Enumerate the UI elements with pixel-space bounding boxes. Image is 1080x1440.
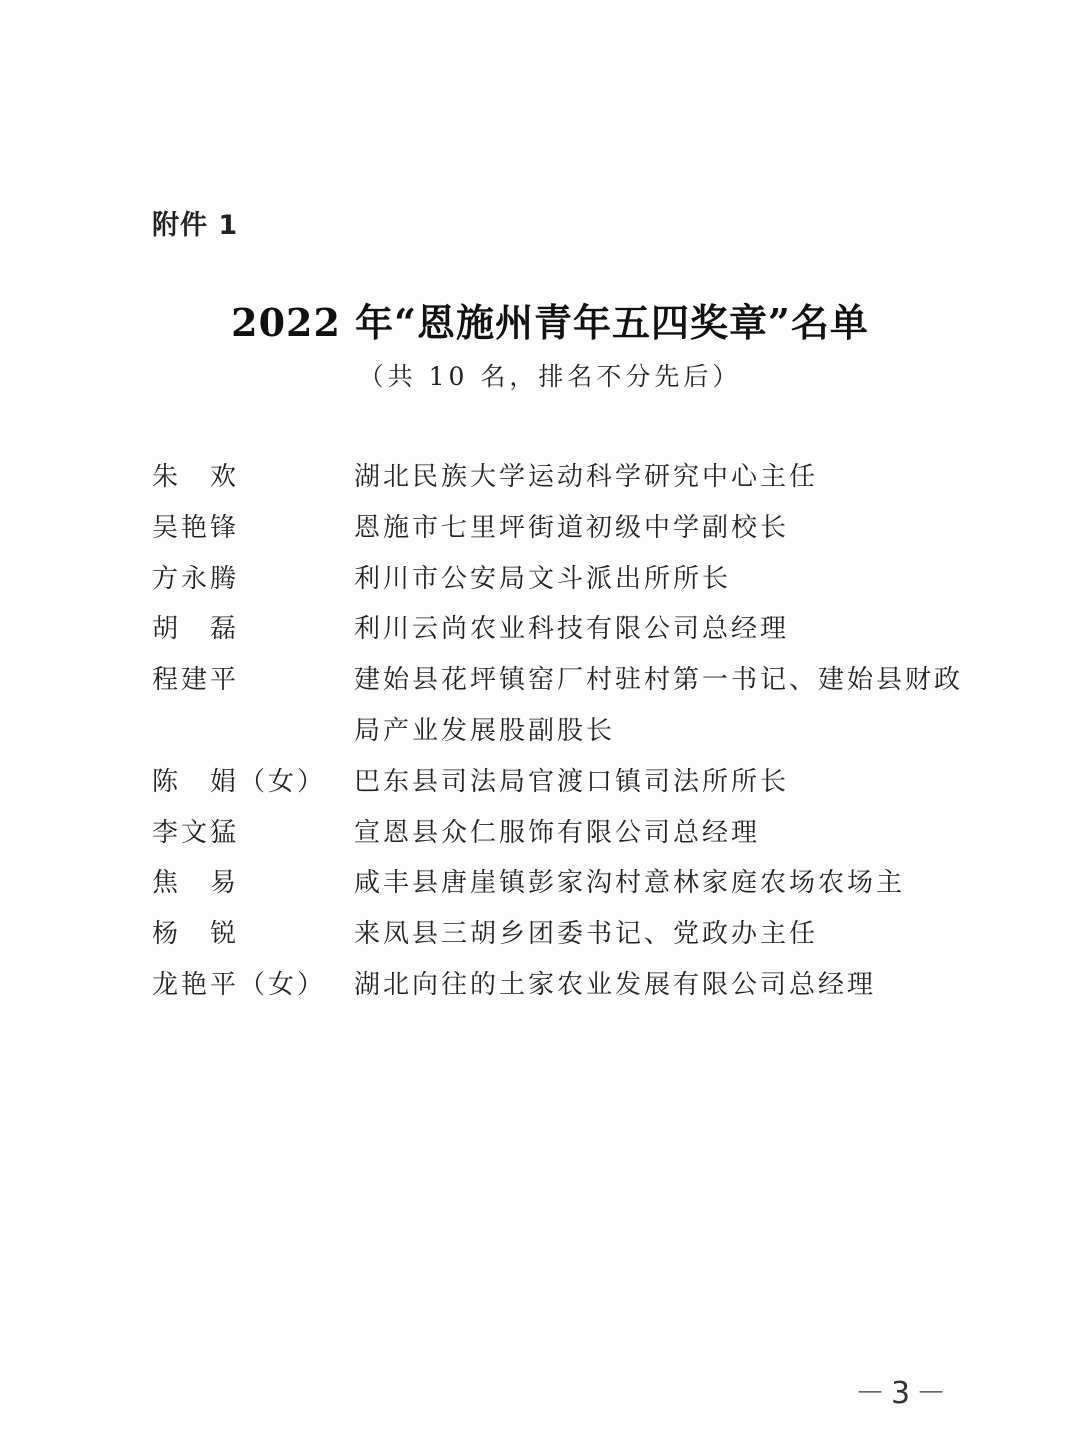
- document-title: 2022 年“恩施州青年五四奖章”名单: [0, 292, 1080, 347]
- awardee-description: 建始县花坪镇窑厂村驻村第一书记、建始县财政局产业发展股副股长: [354, 655, 972, 757]
- list-item: 焦 易咸丰县唐崖镇彭家沟村意林家庭农场农场主: [152, 858, 972, 909]
- awardee-description: 宣恩县众仁服饰有限公司总经理: [354, 808, 972, 859]
- awardee-name: 龙艳平（女）: [152, 960, 354, 1011]
- list-item: 胡 磊利川云尚农业科技有限公司总经理: [152, 604, 972, 655]
- awardee-name: 胡 磊: [152, 604, 354, 655]
- list-item: 吴艳锋恩施市七里坪街道初级中学副校长: [152, 503, 972, 554]
- list-item: 龙艳平（女）湖北向往的土家农业发展有限公司总经理: [152, 960, 972, 1011]
- awardee-description: 湖北向往的土家农业发展有限公司总经理: [354, 960, 972, 1011]
- awardee-description: 湖北民族大学运动科学研究中心主任: [354, 452, 972, 503]
- list-item: 朱 欢湖北民族大学运动科学研究中心主任: [152, 452, 972, 503]
- awardee-name: 朱 欢: [152, 452, 354, 503]
- list-item: 方永腾利川市公安局文斗派出所所长: [152, 554, 972, 605]
- list-item: 程建平建始县花坪镇窑厂村驻村第一书记、建始县财政局产业发展股副股长: [152, 655, 972, 757]
- page-number: －3－: [855, 1368, 952, 1412]
- awardee-name: 吴艳锋: [152, 503, 354, 554]
- awardee-name: 焦 易: [152, 858, 354, 909]
- awardee-description: 恩施市七里坪街道初级中学副校长: [354, 503, 972, 554]
- awardee-description: 咸丰县唐崖镇彭家沟村意林家庭农场农场主: [354, 858, 972, 909]
- awardee-name: 杨 锐: [152, 909, 354, 960]
- awardee-name: 方永腾: [152, 554, 354, 605]
- attachment-label: 附件 1: [152, 203, 238, 242]
- awardee-name: 李文猛: [152, 808, 354, 859]
- awardee-description: 利川云尚农业科技有限公司总经理: [354, 604, 972, 655]
- document-subtitle: （共 10 名，排名不分先后）: [0, 357, 1080, 393]
- awardee-description: 来凤县三胡乡团委书记、党政办主任: [354, 909, 972, 960]
- awardee-description: 利川市公安局文斗派出所所长: [354, 554, 972, 605]
- list-item: 李文猛宣恩县众仁服饰有限公司总经理: [152, 808, 972, 859]
- awardee-name: 程建平: [152, 655, 354, 757]
- list-item: 陈 娟（女）巴东县司法局官渡口镇司法所所长: [152, 757, 972, 808]
- list-item: 杨 锐来凤县三胡乡团委书记、党政办主任: [152, 909, 972, 960]
- awardee-name: 陈 娟（女）: [152, 757, 354, 808]
- awardee-list: 朱 欢湖北民族大学运动科学研究中心主任 吴艳锋恩施市七里坪街道初级中学副校长 方…: [152, 452, 972, 1011]
- awardee-description: 巴东县司法局官渡口镇司法所所长: [354, 757, 972, 808]
